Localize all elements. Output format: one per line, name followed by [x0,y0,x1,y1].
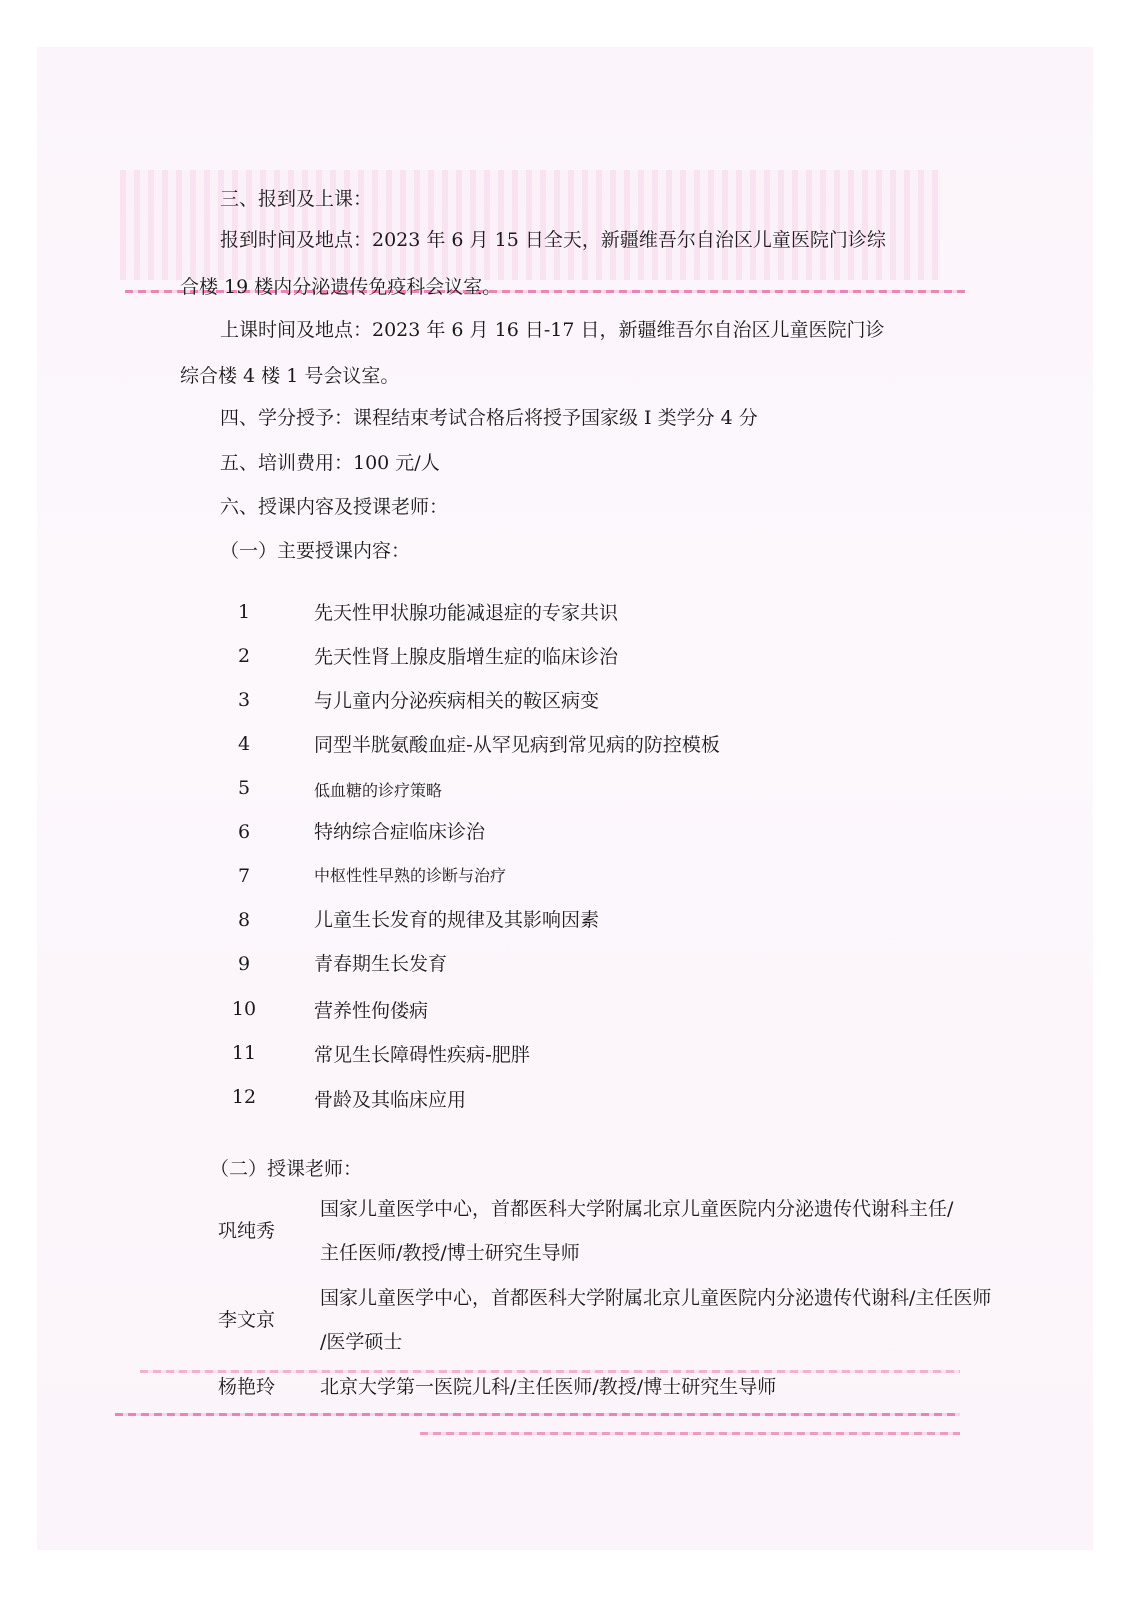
stamp-line-bottom-2 [115,1413,960,1416]
section3-heading: 三、报到及上课： [220,187,372,211]
topic-number: 5 [224,776,264,800]
teacher-title-line1: 北京大学第一医院儿科/主任医师/教授/博士研究生导师 [320,1375,776,1399]
topic-number: 9 [224,952,264,976]
teacher-title-line2: /医学硕士 [320,1330,402,1354]
topic-number: 2 [224,644,264,668]
class-line1: 上课时间及地点：2023 年 6 月 16 日-17 日，新疆维吾尔自治区儿童医… [220,318,884,342]
topic-number: 8 [224,908,264,932]
teacher-name: 杨艳玲 [218,1375,275,1399]
teachers-heading: （二）授课老师： [210,1157,362,1181]
teacher-title-line2: 主任医师/教授/博士研究生导师 [320,1241,580,1265]
registration-line1: 报到时间及地点：2023 年 6 月 15 日全天，新疆维吾尔自治区儿童医院门诊… [220,228,886,252]
topic-title: 中枢性性早熟的诊断与治疗 [314,864,506,888]
registration-line2: 合楼 19 楼内分泌遗传免疫科会议室。 [180,275,501,299]
topic-title: 同型半胱氨酸血症-从罕见病到常见病的防控模板 [314,733,720,757]
topic-title: 常见生长障碍性疾病-肥胖 [314,1043,530,1067]
topic-number: 1 [224,600,264,624]
topic-title: 骨龄及其临床应用 [314,1088,466,1112]
topic-title: 先天性甲状腺功能减退症的专家共识 [314,601,618,625]
stamp-line-bottom-1 [140,1370,960,1373]
teacher-title-line1: 国家儿童医学中心，首都医科大学附属北京儿童医院内分泌遗传代谢科主任/ [320,1197,953,1221]
topic-number: 3 [224,688,264,712]
topic-number: 4 [224,732,264,756]
topic-number: 11 [224,1041,264,1065]
class-line2: 综合楼 4 楼 1 号会议室。 [180,364,399,388]
section6-heading: 六、授课内容及授课老师： [220,495,448,519]
teacher-title-line1: 国家儿童医学中心，首都医科大学附属北京儿童医院内分泌遗传代谢科/主任医师 [320,1286,991,1310]
section4-credits: 四、学分授予：课程结束考试合格后将授予国家级 I 类学分 4 分 [220,406,758,430]
topic-number: 12 [224,1085,264,1109]
topic-title: 青春期生长发育 [314,952,447,976]
course-content-heading: （一）主要授课内容： [220,539,410,563]
topic-title: 儿童生长发育的规律及其影响因素 [314,908,599,932]
stamp-line-bottom-3 [420,1432,960,1435]
topic-title: 与儿童内分泌疾病相关的鞍区病变 [314,689,599,713]
topic-title: 先天性肾上腺皮脂增生症的临床诊治 [314,645,618,669]
teacher-name: 李文京 [218,1308,275,1332]
topic-title: 特纳综合症临床诊治 [314,820,485,844]
topic-number: 7 [224,864,264,888]
teacher-name: 巩纯秀 [218,1219,275,1243]
topic-title: 低血糖的诊疗策略 [314,779,442,803]
topic-number: 10 [224,997,264,1021]
topic-title: 营养性佝偻病 [314,999,428,1023]
section5-fee: 五、培训费用：100 元/人 [220,451,440,475]
topic-number: 6 [224,820,264,844]
